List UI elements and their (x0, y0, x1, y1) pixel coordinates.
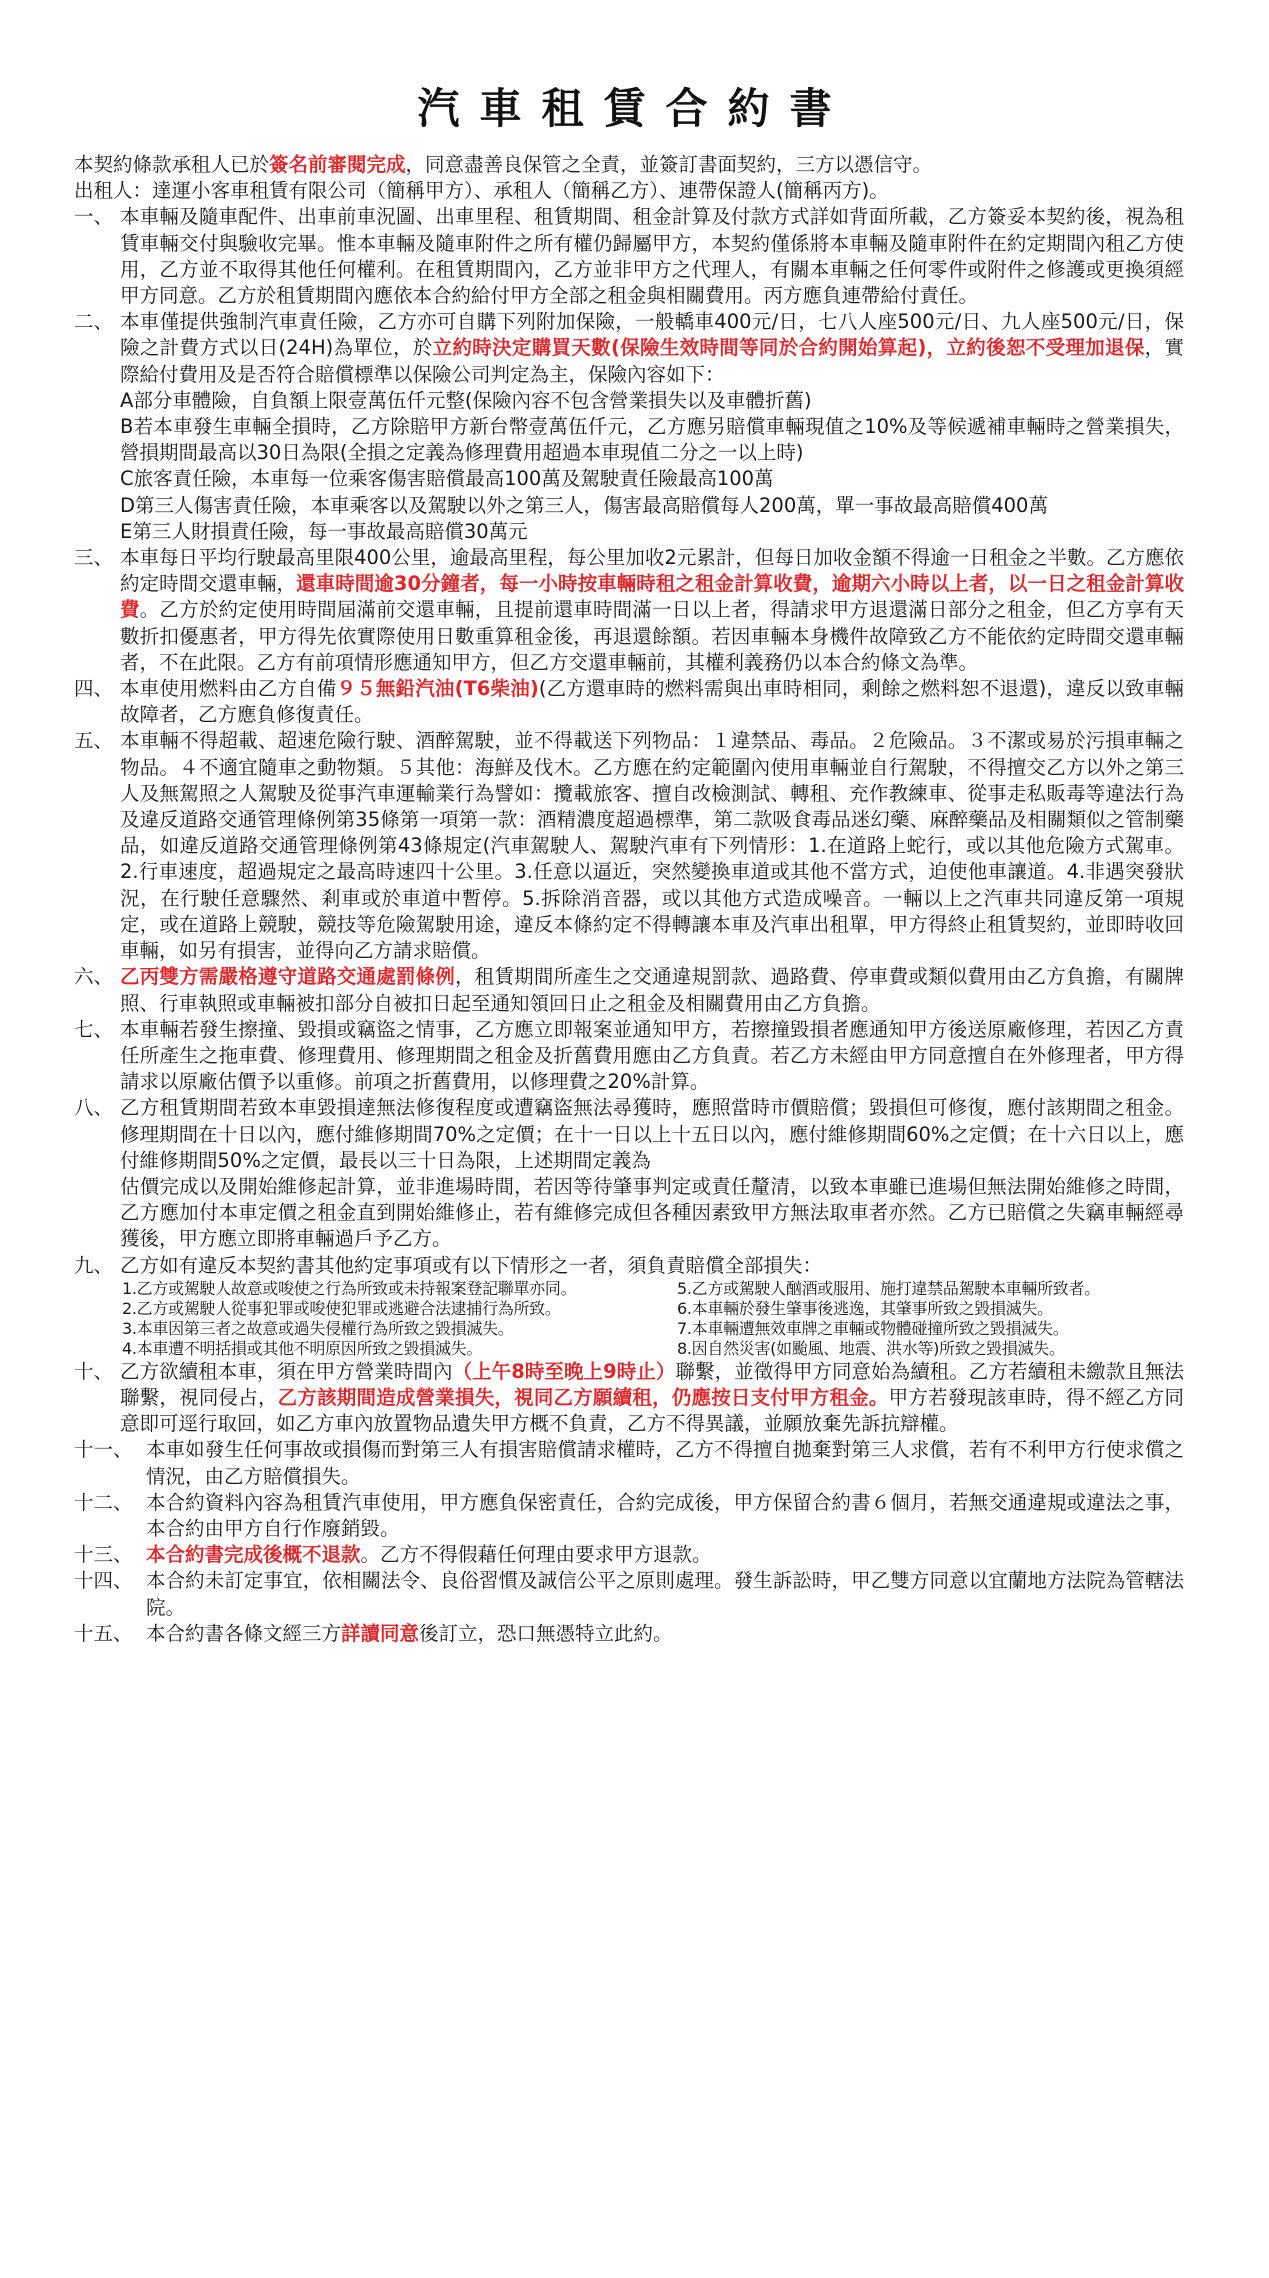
clause-paragraph: 本合約未訂定事宜，依相關法令、良俗習慣及誠信公平之原則處理。發生訴訟時，甲乙雙方… (146, 1568, 1184, 1620)
clause-paragraph: 本車輛及隨車配件、出車前車況圖、出車里程、租賃期間、租金計算及付款方式詳如背面所… (120, 204, 1184, 309)
clause-text: 本合約資料內容為租賃汽車使用，甲方應負保密責任，合約完成後，甲方保留合約書６個月… (146, 1491, 1184, 1540)
clause-body: 乙丙雙方需嚴格遵守道路交通處罰條例，租賃期間所產生之交通違規罰款、過路費、停車費… (120, 964, 1184, 1016)
clause-text: D第三人傷害責任險，本車乘客以及駕駛以外之第三人，傷害最高賠償每人200萬，單一… (120, 494, 1048, 517)
clause-number: 十、 (74, 1359, 120, 1438)
clause-body: 本車輛若發生擦撞、毀損或竊盜之情事，乙方應立即報案並通知甲方，若擦撞毀損者應通知… (120, 1017, 1184, 1096)
clause-body: 本車輛及隨車配件、出車前車況圖、出車里程、租賃期間、租金計算及付款方式詳如背面所… (120, 204, 1184, 309)
clause-text: 。乙方於約定使用時間屆滿前交還車輛，且提前還車時間滿一日以上者，得請求甲方退還滿… (120, 598, 1184, 673)
clause-10: 十、乙方欲續租本車，須在甲方營業時間內（上午8時至晚上9時止）聯繫，並徵得甲方同… (74, 1359, 1184, 1438)
clause-number: 十二、 (74, 1490, 146, 1542)
clause-12: 十二、本合約資料內容為租賃汽車使用，甲方應負保密責任，合約完成後，甲方保留合約書… (74, 1490, 1184, 1542)
clause-paragraph: 本車輛不得超載、超速危險行駛、酒醉駕駛，並不得載送下列物品：１違禁品、毒品。２危… (120, 728, 1184, 964)
clause-paragraph: 本車每日平均行駛最高里限400公里，逾最高里程，每公里加收2元累計，但每日加收金… (120, 545, 1184, 676)
clause-6: 六、乙丙雙方需嚴格遵守道路交通處罰條例，租賃期間所產生之交通違規罰款、過路費、停… (74, 964, 1184, 1016)
loss-condition-item: 8.因自然災害(如颱風、地震、洪水等)所致之毀損滅失。 (677, 1339, 1184, 1359)
clause-number: 七、 (74, 1017, 120, 1096)
clause-body: 乙方欲續租本車，須在甲方營業時間內（上午8時至晚上9時止）聯繫，並徵得甲方同意始… (120, 1359, 1184, 1438)
clause-text: 乙方如有違反本契約書其他約定事項或有以下情形之一者，須負責賠償全部損失： (120, 1254, 822, 1277)
clause-paragraph: 本合約書各條文經三方詳讀同意後訂立，恐口無憑特立此約。 (146, 1621, 1184, 1647)
clause-number: 十五、 (74, 1621, 146, 1647)
clause-body: 本車輛不得超載、超速危險行駛、酒醉駕駛，並不得載送下列物品：１違禁品、毒品。２危… (120, 728, 1184, 964)
clause-number: 十一、 (74, 1437, 146, 1489)
loss-conditions-list: 1.乙方或駕駛人故意或唆使之行為所致或未持報案登記聯單亦同。5.乙方或駕駛人酗酒… (74, 1279, 1184, 1359)
clause-text: 乙方欲續租本車，須在甲方營業時間內 (120, 1360, 453, 1383)
clause-text: C旅客責任險，本車每一位乘客傷害賠償最高100萬及駕駛責任險最高100萬 (120, 467, 774, 490)
clause-paragraph: 本合約資料內容為租賃汽車使用，甲方應負保密責任，合約完成後，甲方保留合約書６個月… (146, 1490, 1184, 1542)
clause-paragraph: 本車如發生任何事故或損傷而對第三人有損害賠償請求權時，乙方不得擅自拋棄對第三人求… (146, 1437, 1184, 1489)
clause-body: 本合約書各條文經三方詳讀同意後訂立，恐口無憑特立此約。 (146, 1621, 1184, 1647)
clause-body: 乙方如有違反本契約書其他約定事項或有以下情形之一者，須負責賠償全部損失： (120, 1253, 1184, 1279)
clause-paragraph: 本合約書完成後概不退款。乙方不得假藉任何理由要求甲方退款。 (146, 1542, 1184, 1568)
clause-5: 五、本車輛不得超載、超速危險行駛、酒醉駕駛，並不得載送下列物品：１違禁品、毒品。… (74, 728, 1184, 964)
clause-body: 本車使用燃料由乙方自備９５無鉛汽油(T6柴油)(乙方還車時的燃料需與出車時相同，… (120, 676, 1184, 728)
clause-14: 十四、本合約未訂定事宜，依相關法令、良俗習慣及誠信公平之原則處理。發生訴訟時，甲… (74, 1568, 1184, 1620)
clause-body: 本合約未訂定事宜，依相關法令、良俗習慣及誠信公平之原則處理。發生訴訟時，甲乙雙方… (146, 1568, 1184, 1620)
loss-condition-item: 2.乙方或駕駛人從事犯罪或唆使犯罪或逃避合法逮捕行為所致。 (122, 1299, 677, 1319)
loss-condition-item: 4.本車遭不明括損或其他不明原因所致之毀損滅失。 (122, 1339, 677, 1359)
clause-text: 後訂立，恐口無憑特立此約。 (419, 1622, 673, 1645)
clause-number: 六、 (74, 964, 120, 1016)
clause-paragraph: B若本車發生車輛全損時，乙方除賠甲方新台幣壹萬伍仟元，乙方應另賠償車輛現值之10… (120, 414, 1184, 466)
clause-paragraph: 本車僅提供強制汽車責任險，乙方亦可自購下列附加保險，一般轎車400元/日，七八人… (120, 309, 1184, 388)
clause-8: 八、乙方租賃期間若致本車毀損達無法修復程度或遭竊盜無法尋獲時，應照當時市價賠償；… (74, 1095, 1184, 1252)
clause-body: 本車僅提供強制汽車責任險，乙方亦可自購下列附加保險，一般轎車400元/日，七八人… (120, 309, 1184, 545)
highlighted-text: 簽名前審閱完成 (269, 153, 406, 176)
clause-number: 八、 (74, 1095, 120, 1252)
clause-number: 五、 (74, 728, 120, 964)
loss-condition-item: 5.乙方或駕駛人酗酒或服用、施打違禁品駕駛本車輛所致者。 (677, 1279, 1184, 1299)
clause-text: 估價完成以及開始維修起計算，並非進場時間，若因等待肇事判定或責任釐清，以致本車雖… (120, 1175, 1184, 1250)
highlighted-text: 乙方該期間造成營業損失，視同乙方願續租，仍應按日支付甲方租金。 (278, 1386, 889, 1409)
intro-line: 出租人：達運小客車租賃有限公司（簡稱甲方）、承租人（簡稱乙方）、連帶保證人(簡稱… (74, 178, 1184, 204)
clause-paragraph: E第三人財損責任險，每一事故最高賠償30萬元 (120, 519, 1184, 545)
clause-text: B若本車發生車輛全損時，乙方除賠甲方新台幣壹萬伍仟元，乙方應另賠償車輛現值之10… (120, 415, 1184, 464)
clause-paragraph: 估價完成以及開始維修起計算，並非進場時間，若因等待肇事判定或責任釐清，以致本車雖… (120, 1174, 1184, 1253)
clause-body: 乙方租賃期間若致本車毀損達無法修復程度或遭竊盜無法尋獲時，應照當時市價賠償；毀損… (120, 1095, 1184, 1252)
clause-paragraph: 本車使用燃料由乙方自備９５無鉛汽油(T6柴油)(乙方還車時的燃料需與出車時相同，… (120, 676, 1184, 728)
clause-7: 七、本車輛若發生擦撞、毀損或竊盜之情事，乙方應立即報案並通知甲方，若擦撞毀損者應… (74, 1017, 1184, 1096)
clause-number: 一、 (74, 204, 120, 309)
highlighted-text: （上午8時至晚上9時止） (453, 1360, 676, 1383)
clause-text: 乙方租賃期間若致本車毀損達無法修復程度或遭竊盜無法尋獲時，應照當時市價賠償；毀損… (120, 1096, 1184, 1171)
document-title: 汽車租賃合約書 (0, 76, 1269, 136)
clause-paragraph: 乙方欲續租本車，須在甲方營業時間內（上午8時至晚上9時止）聯繫，並徵得甲方同意始… (120, 1359, 1184, 1438)
clause-2: 二、本車僅提供強制汽車責任險，乙方亦可自購下列附加保險，一般轎車400元/日，七… (74, 309, 1184, 545)
highlighted-text: 立約時決定購買天數(保險生效時間等同於合約開始算起)，立約後恕不受理加退保 (433, 336, 1145, 359)
clause-number: 十四、 (74, 1568, 146, 1620)
clause-number: 三、 (74, 545, 120, 676)
clause-paragraph: 乙丙雙方需嚴格遵守道路交通處罰條例，租賃期間所產生之交通違規罰款、過路費、停車費… (120, 964, 1184, 1016)
clause-paragraph: 乙方租賃期間若致本車毀損達無法修復程度或遭竊盜無法尋獲時，應照當時市價賠償；毀損… (120, 1095, 1184, 1174)
intro-line: 本契約條款承租人已於簽名前審閱完成，同意盡善良保管之全責，並簽訂書面契約，三方以… (74, 152, 1184, 178)
clause-number: 二、 (74, 309, 120, 545)
clause-paragraph: D第三人傷害責任險，本車乘客以及駕駛以外之第三人，傷害最高賠償每人200萬，單一… (120, 493, 1184, 519)
clause-text: ，同意盡善良保管之全責，並簽訂書面契約，三方以憑信守。 (406, 153, 933, 176)
clause-text: 出租人：達運小客車租賃有限公司（簡稱甲方）、承租人（簡稱乙方）、連帶保證人(簡稱… (74, 179, 889, 202)
clause-number: 十三、 (74, 1542, 146, 1568)
contract-page: 汽車租賃合約書 本契約條款承租人已於簽名前審閱完成，同意盡善良保管之全責，並簽訂… (0, 0, 1269, 2278)
clause-text: 本契約條款承租人已於 (74, 153, 269, 176)
clause-9: 九、乙方如有違反本契約書其他約定事項或有以下情形之一者，須負責賠償全部損失： (74, 1253, 1184, 1279)
clause-4: 四、本車使用燃料由乙方自備９５無鉛汽油(T6柴油)(乙方還車時的燃料需與出車時相… (74, 676, 1184, 728)
contract-body: 本契約條款承租人已於簽名前審閱完成，同意盡善良保管之全責，並簽訂書面契約，三方以… (74, 152, 1184, 1647)
clause-text: 本車如發生任何事故或損傷而對第三人有損害賠償請求權時，乙方不得擅自拋棄對第三人求… (146, 1438, 1184, 1487)
loss-condition-item: 7.本車輛遭無效車牌之車輛或物體碰撞所致之毀損滅失。 (677, 1319, 1184, 1339)
clause-paragraph: C旅客責任險，本車每一位乘客傷害賠償最高100萬及駕駛責任險最高100萬 (120, 466, 1184, 492)
highlighted-text: 詳讀同意 (341, 1622, 419, 1645)
clause-body: 本車如發生任何事故或損傷而對第三人有損害賠償請求權時，乙方不得擅自拋棄對第三人求… (146, 1437, 1184, 1489)
clause-text: A部分車體險，自負額上限壹萬伍仟元整(保險內容不包含營業損失以及車體折舊) (120, 389, 812, 412)
clause-text: 本車使用燃料由乙方自備 (120, 677, 337, 700)
clause-text: 。乙方不得假藉任何理由要求甲方退款。 (361, 1543, 712, 1566)
clause-text: E第三人財損責任險，每一事故最高賠償30萬元 (120, 520, 528, 543)
clause-body: 本車每日平均行駛最高里限400公里，逾最高里程，每公里加收2元累計，但每日加收金… (120, 545, 1184, 676)
clause-text: 本車輛及隨車配件、出車前車況圖、出車里程、租賃期間、租金計算及付款方式詳如背面所… (120, 205, 1184, 307)
highlighted-text: 乙丙雙方需嚴格遵守道路交通處罰條例 (120, 965, 455, 988)
clause-3: 三、本車每日平均行駛最高里限400公里，逾最高里程，每公里加收2元累計，但每日加… (74, 545, 1184, 676)
highlighted-text: ９５無鉛汽油(T6柴油) (337, 677, 539, 700)
clause-13: 十三、本合約書完成後概不退款。乙方不得假藉任何理由要求甲方退款。 (74, 1542, 1184, 1568)
clause-text: 本合約未訂定事宜，依相關法令、良俗習慣及誠信公平之原則處理。發生訴訟時，甲乙雙方… (146, 1569, 1184, 1618)
highlighted-text: 本合約書完成後概不退款 (146, 1543, 361, 1566)
clause-text: 本車輛若發生擦撞、毀損或竊盜之情事，乙方應立即報案並通知甲方，若擦撞毀損者應通知… (120, 1018, 1184, 1093)
clause-number: 九、 (74, 1253, 120, 1279)
clause-text: 本車輛不得超載、超速危險行駛、酒醉駕駛，並不得載送下列物品：１違禁品、毒品。２危… (120, 729, 1184, 962)
loss-condition-item: 1.乙方或駕駛人故意或唆使之行為所致或未持報案登記聯單亦同。 (122, 1279, 677, 1299)
clause-number: 四、 (74, 676, 120, 728)
loss-condition-item: 6.本車輛於發生肇事後逃逸，其肇事所致之毀損滅失。 (677, 1299, 1184, 1319)
clause-paragraph: A部分車體險，自負額上限壹萬伍仟元整(保險內容不包含營業損失以及車體折舊) (120, 388, 1184, 414)
clause-text: 本合約書各條文經三方 (146, 1622, 341, 1645)
loss-condition-item: 3.本車因第三者之故意或過失侵權行為所致之毀損滅失。 (122, 1319, 677, 1339)
clause-body: 本合約書完成後概不退款。乙方不得假藉任何理由要求甲方退款。 (146, 1542, 1184, 1568)
clause-15: 十五、本合約書各條文經三方詳讀同意後訂立，恐口無憑特立此約。 (74, 1621, 1184, 1647)
contract-intro: 本契約條款承租人已於簽名前審閱完成，同意盡善良保管之全責，並簽訂書面契約，三方以… (74, 152, 1184, 204)
clause-11: 十一、本車如發生任何事故或損傷而對第三人有損害賠償請求權時，乙方不得擅自拋棄對第… (74, 1437, 1184, 1489)
clause-paragraph: 乙方如有違反本契約書其他約定事項或有以下情形之一者，須負責賠償全部損失： (120, 1253, 1184, 1279)
clause-body: 本合約資料內容為租賃汽車使用，甲方應負保密責任，合約完成後，甲方保留合約書６個月… (146, 1490, 1184, 1542)
contract-clauses: 一、本車輛及隨車配件、出車前車況圖、出車里程、租賃期間、租金計算及付款方式詳如背… (74, 204, 1184, 1647)
clause-1: 一、本車輛及隨車配件、出車前車況圖、出車里程、租賃期間、租金計算及付款方式詳如背… (74, 204, 1184, 309)
clause-paragraph: 本車輛若發生擦撞、毀損或竊盜之情事，乙方應立即報案並通知甲方，若擦撞毀損者應通知… (120, 1017, 1184, 1096)
